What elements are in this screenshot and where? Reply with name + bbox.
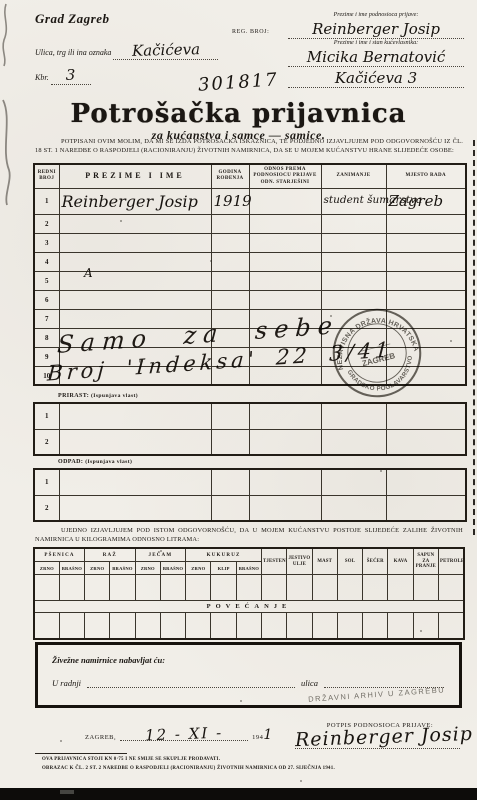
empty-cell: [321, 495, 386, 521]
relation-cell: [249, 290, 321, 309]
odpad-label-row: ODPAD: (Ispunjava vlast): [58, 459, 132, 465]
stock-cell: [236, 613, 261, 639]
stock-cell: [388, 613, 413, 639]
stamp-center-text: ZAGREB: [361, 351, 396, 368]
birth-year-cell: [211, 290, 249, 309]
date-row: ZAGREB, 12 - XI - 194 1: [85, 722, 273, 741]
stock-cell: [287, 613, 312, 639]
col-sapun: SAPUN ZA PRANJE: [413, 548, 438, 575]
date-fill-line: 12 - XI -: [120, 722, 248, 741]
name-cell: [59, 271, 211, 290]
relation-cell: [249, 271, 321, 290]
row-number-cell: 6: [34, 290, 59, 309]
empty-cell: [321, 429, 386, 455]
kbr-line: 3: [51, 66, 91, 85]
bottom-scan-bar: [0, 788, 477, 800]
sub-brasno: BRAŠNO: [110, 562, 135, 575]
stock-cell: [186, 575, 211, 601]
kbr-value: 3: [66, 66, 76, 84]
birth-year-cell: [211, 233, 249, 252]
row-number-cell: 1: [34, 188, 59, 214]
document-scan: { "colors": {"paper":"#f1eee8","ink":"#1…: [0, 0, 477, 800]
empty-cell: [386, 429, 466, 455]
relation-cell: [249, 233, 321, 252]
col-header-zanimanje: ZANIMANJE: [321, 164, 386, 188]
stock-cell: [262, 613, 287, 639]
col-header-redni-broj: REDNI BROJ: [34, 164, 59, 188]
prirast-label-row: PRIRAST: (Ispunjava vlast): [58, 393, 138, 399]
odpad-note: (Ispunjava vlast): [85, 459, 132, 465]
street-value: Kačićeva: [132, 40, 200, 60]
group-kukuruz: KUKURUZ: [186, 548, 262, 562]
birth-year-cell: 1919: [211, 188, 249, 214]
stock-cell: [287, 575, 312, 601]
row-number-cell: 1: [34, 469, 59, 495]
empty-cell: [249, 403, 321, 429]
stocks-intro-paragraph: UJEDNO IZJAVLJUJEM POD ISTOM ODGOVORNOŠĆ…: [35, 527, 463, 545]
applicant-label: Prezime i ime podnosioca prijave:: [288, 11, 464, 18]
birth-year-cell: [211, 252, 249, 271]
col-header-odnos: ODNOS PREMA PODNOSIOCU PRIJAVE ODN. STAR…: [249, 164, 321, 188]
sub-zrno: ZRNO: [85, 562, 110, 575]
footer-notes: OVA PRIJAVNICA STOJI KN 0·75 I NE SMIJE …: [42, 756, 462, 773]
footer-note-1: OVA PRIJAVNICA STOJI KN 0·75 I NE SMIJE …: [42, 756, 462, 765]
empty-cell: [211, 403, 249, 429]
empty-cell: [249, 429, 321, 455]
stock-cell: [59, 613, 84, 639]
stock-cell: [262, 575, 287, 601]
sub-brasno: BRAŠNO: [236, 562, 261, 575]
group-jecam: JEČAM: [135, 548, 186, 562]
date-handwritten: 12 - XI -: [145, 724, 224, 745]
birth-year-cell: [211, 214, 249, 233]
stock-cell: [337, 575, 362, 601]
stock-cell: [135, 613, 160, 639]
street-label: Ulica, trg ili ina oznaka: [35, 48, 111, 57]
stock-cell: [211, 613, 236, 639]
relation-cell: [249, 252, 321, 271]
occupation-cell: [321, 271, 386, 290]
empty-cell: [386, 469, 466, 495]
page-title: Potrošačka prijavnica: [0, 99, 477, 129]
col-kava: KAVA: [388, 548, 413, 575]
archive-stamp: DRŽAVNI ARHIV U ZAGREBU: [308, 685, 446, 704]
supply-title: Živežne namirnice nabavljat ću:: [52, 655, 165, 665]
stock-cell: [312, 575, 337, 601]
empty-cell: [59, 469, 211, 495]
year-prefix: 194: [252, 734, 263, 741]
landlord-address: Kačićeva 3: [335, 69, 417, 87]
odpad-label: ODPAD:: [58, 459, 83, 465]
workplace-cell: [386, 233, 466, 252]
name-cell: [59, 290, 211, 309]
povecanje-row: POVEĆANJE: [34, 601, 464, 613]
name-cell: [59, 214, 211, 233]
stock-cell: [110, 613, 135, 639]
empty-cell: [386, 495, 466, 521]
birth-year-cell: [211, 271, 249, 290]
odpad-row-2: 2: [34, 495, 466, 521]
signature-handwritten: Reinberger Josip: [295, 723, 474, 751]
year-handwritten: 1: [263, 727, 272, 743]
row-number-cell: 7: [34, 309, 59, 328]
ulica-label: ulica: [301, 678, 318, 688]
relation-cell: [249, 214, 321, 233]
prirast-label: PRIRAST:: [58, 393, 89, 399]
prirast-row-1: 1: [34, 403, 466, 429]
footer-note-2: OBRAZAC K ČL. 2 ST. 2 NAREDBE O RASPODJE…: [42, 765, 462, 774]
stock-cell: [413, 613, 438, 639]
persons-row-3: 3: [34, 233, 466, 252]
row-number-cell: 5: [34, 271, 59, 290]
sub-zrno: ZRNO: [34, 562, 59, 575]
empty-cell: [59, 403, 211, 429]
workplace-cell: Zagreb: [386, 188, 466, 214]
persons-row-5: 5: [34, 271, 466, 290]
workplace-cell: [386, 214, 466, 233]
row-number-cell: 3: [34, 233, 59, 252]
occupation-cell: [321, 252, 386, 271]
applicant-line: Reinberger Josip: [288, 18, 464, 39]
stock-cell: [135, 575, 160, 601]
stock-cell: [186, 613, 211, 639]
col-jestivo-ulje: JESTIVO ULJE: [287, 548, 312, 575]
street-line: Kačićeva: [113, 41, 218, 60]
sub-zrno: ZRNO: [135, 562, 160, 575]
col-mast: MAST: [312, 548, 337, 575]
landlord-name: Micika Bernatović: [307, 48, 446, 66]
stocks-increase-row: [34, 613, 464, 639]
stock-cell: [110, 575, 135, 601]
kbr-label: Kbr.: [35, 73, 49, 82]
stock-cell: [34, 613, 59, 639]
row-number-cell: 2: [34, 214, 59, 233]
col-header-mjesto-rada: MJESTO RADA: [386, 164, 466, 188]
empty-cell: [211, 429, 249, 455]
group-psenica: PŠENICA: [34, 548, 85, 562]
radnji-label: U radnji: [52, 678, 81, 688]
stock-cell: [236, 575, 261, 601]
prirast-note: (Ispunjava vlast): [91, 393, 138, 399]
sub-brasno: BRAŠNO: [160, 562, 185, 575]
col-sol: SOL: [337, 548, 362, 575]
empty-cell: [249, 469, 321, 495]
odpad-row-1: 1: [34, 469, 466, 495]
name-cell: [59, 252, 211, 271]
empty-cell: [321, 403, 386, 429]
supply-shop-row: U radnji ulica: [52, 677, 444, 688]
city-name: Grad Zagreb: [35, 11, 109, 27]
perforation-dashed-edge: [473, 140, 475, 535]
col-secer: ŠEĆER: [363, 548, 388, 575]
workplace-cell: [386, 252, 466, 271]
stock-cell: [388, 575, 413, 601]
occupation-cell: [321, 214, 386, 233]
stock-cell: [439, 613, 465, 639]
stock-cell: [337, 613, 362, 639]
workplace-cell: [386, 271, 466, 290]
stock-cell: [363, 575, 388, 601]
prirast-row-2: 2: [34, 429, 466, 455]
kbr-field: Kbr. 3: [35, 66, 91, 85]
stocks-table: PŠENICA RAŽ JEČAM KUKURUZ TJESTENINE JES…: [33, 547, 465, 640]
row-number-cell: 2: [34, 495, 59, 521]
empty-cell: [321, 469, 386, 495]
empty-cell: [249, 495, 321, 521]
stock-cell: [363, 613, 388, 639]
stock-cell: [160, 613, 185, 639]
row-number-cell: 8: [34, 328, 59, 347]
landlord-line: Micika Bernatović: [288, 46, 464, 67]
row5-ink-mark: A: [84, 266, 93, 280]
empty-cell: [59, 495, 211, 521]
stock-cell: [85, 575, 110, 601]
place-label: ZAGREB,: [85, 734, 116, 741]
stock-cell: [34, 575, 59, 601]
stock-cell: [312, 613, 337, 639]
sub-brasno: BRAŠNO: [59, 562, 84, 575]
name-cell: Reinberger Josip: [59, 188, 211, 214]
persons-row-4: 4: [34, 252, 466, 271]
radnji-fill-line: [87, 677, 295, 688]
stock-cell: [211, 575, 236, 601]
supply-box: Živežne namirnice nabavljat ću: U radnji…: [35, 642, 462, 708]
row-number-cell: 4: [34, 252, 59, 271]
landlord-address-line: Kačićeva 3: [288, 67, 464, 88]
edge-ink-marks: [0, 0, 20, 230]
col-header-prezime-ime: PREZIME I IME: [59, 164, 211, 188]
footer-rule: [35, 753, 127, 754]
applicant-block: Prezime i ime podnosioca prijave: Reinbe…: [288, 11, 464, 88]
persons-row-1: 1 Reinberger Josip 1919 student šumarstv…: [34, 188, 466, 214]
stocks-value-row: [34, 575, 464, 601]
col-header-godina: GODINA ROĐENJA: [211, 164, 249, 188]
stocks-group-header-row: PŠENICA RAŽ JEČAM KUKURUZ TJESTENINE JES…: [34, 548, 464, 562]
persons-row-2: 2: [34, 214, 466, 233]
row-number-cell: 2: [34, 429, 59, 455]
signature-line: Reinberger Josip: [295, 714, 460, 749]
sub-zrno: ZRNO: [186, 562, 211, 575]
empty-cell: [211, 495, 249, 521]
name-cell: [59, 233, 211, 252]
landlord-label: Prezime i ime i stan kućevlasnika:: [288, 39, 464, 46]
stock-cell: [160, 575, 185, 601]
odpad-table: 1 2: [33, 468, 467, 522]
group-raz: RAŽ: [85, 548, 136, 562]
relation-cell: [249, 188, 321, 214]
reg-broj-value: 301817: [197, 69, 279, 96]
empty-cell: [386, 403, 466, 429]
empty-cell: [59, 429, 211, 455]
prirast-table: 1 2: [33, 402, 467, 456]
stock-cell: [439, 575, 465, 601]
stock-cell: [59, 575, 84, 601]
povecanje-label: POVEĆANJE: [34, 601, 464, 613]
stock-cell: [413, 575, 438, 601]
occupation-cell: student šumarstva: [321, 188, 386, 214]
street-field: Ulica, trg ili ina oznaka Kačićeva: [35, 41, 218, 60]
col-petrolej: PETROLEJ: [439, 548, 465, 575]
col-tjestenine: TJESTENINE: [262, 548, 287, 575]
applicant-name: Reinberger Josip: [312, 20, 440, 38]
stock-cell: [85, 613, 110, 639]
reg-broj-label: REG. BROJ:: [232, 29, 269, 35]
occupation-cell: [321, 233, 386, 252]
sub-klip: KLIP: [211, 562, 236, 575]
row-number-cell: 1: [34, 403, 59, 429]
persons-header-row: REDNI BROJ PREZIME I IME GODINA ROĐENJA …: [34, 164, 466, 188]
intro-paragraph: POTPISANI OVIM MOLIM, DA MI SE IZDA POTR…: [35, 138, 463, 156]
paper-specks: [120, 220, 122, 222]
empty-cell: [211, 469, 249, 495]
